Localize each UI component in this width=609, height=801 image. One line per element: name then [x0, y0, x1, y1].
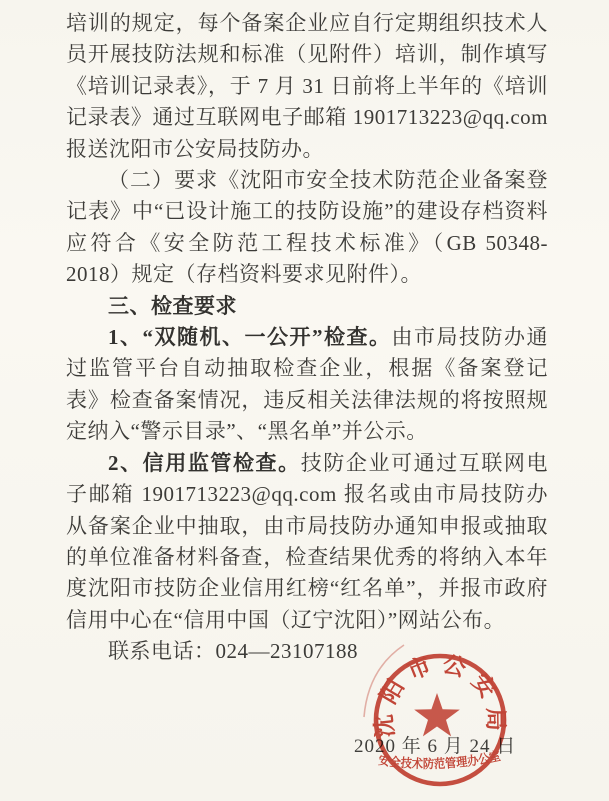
body-paragraph: 2、信用监管检查。技防企业可通过互联网电子邮箱 1901713223@qq.co…: [66, 448, 548, 636]
bold-run: 1、“双随机、一公开”检查。: [108, 325, 392, 349]
body-paragraph: 三、检查要求: [66, 291, 548, 322]
scanned-document-page: 培训的规定，每个备案企业应自行定期组织技术人员开展技防法规和标准（见附件）培训，…: [0, 0, 609, 801]
body-paragraph: 培训的规定，每个备案企业应自行定期组织技术人员开展技防法规和标准（见附件）培训，…: [66, 8, 548, 165]
bold-run: 三、检查要求: [108, 294, 237, 318]
text-run: 培训的规定，每个备案企业应自行定期组织技术人员开展技防法规和标准（见附件）培训，…: [66, 11, 548, 161]
document-body: 培训的规定，每个备案企业应自行定期组织技术人员开展技防法规和标准（见附件）培训，…: [66, 8, 548, 668]
body-paragraph: （二）要求《沈阳市安全技术防范企业备案登记表》中“已设计施工的技防设施”的建设存…: [66, 165, 548, 291]
text-run: （二）要求《沈阳市安全技术防范企业备案登记表》中“已设计施工的技防设施”的建设存…: [66, 168, 548, 286]
bold-run: 2、信用监管检查。: [108, 451, 301, 475]
body-paragraph: 1、“双随机、一公开”检查。由市局技防办通过监管平台自动抽取检查企业，根据《备案…: [66, 322, 548, 448]
official-seal: 沈阳市公安局 安全技术防范管理办公室: [352, 633, 528, 801]
text-run: 联系电话：024—23107188: [108, 639, 358, 663]
text-run: 技防企业可通过互联网电子邮箱 1901713223@qq.com 报名或由市局技…: [66, 451, 548, 632]
seal-star: [414, 693, 460, 736]
